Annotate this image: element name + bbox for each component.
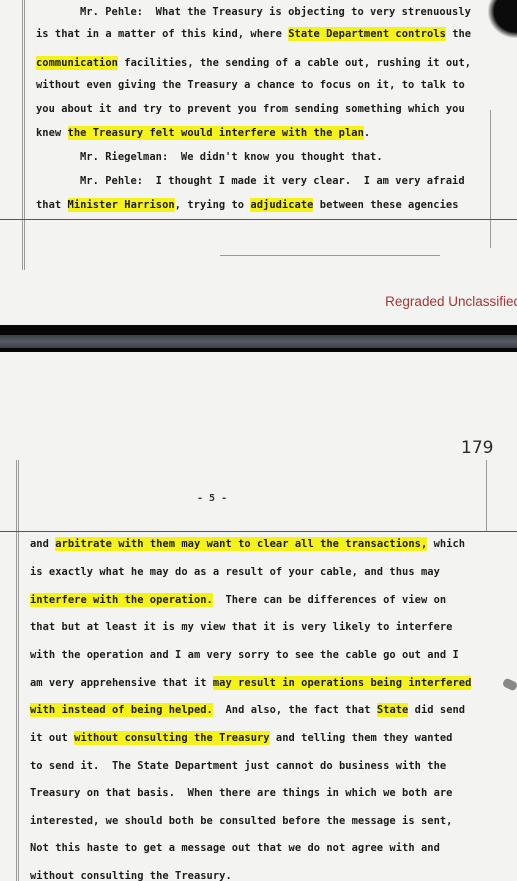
highlighted-text: adjudicate — [250, 198, 313, 212]
text-line: you about it and try to prevent you from… — [36, 102, 465, 116]
staple-mark — [502, 677, 517, 691]
text-line: that but at least it is my view that it … — [30, 620, 452, 634]
text-segment: There can be differences of view on — [213, 594, 446, 606]
text-line: knew the Treasury felt would interfere w… — [36, 126, 370, 140]
text-segment: , trying to — [175, 199, 251, 211]
text-segment: is that in a matter of this kind, where — [36, 28, 288, 40]
text-line: with the operation and I am very sorry t… — [30, 648, 459, 662]
text-segment: with the operation and I am very sorry t… — [30, 649, 459, 661]
page-top-rule — [0, 531, 517, 532]
faint-line — [220, 255, 440, 256]
text-line: communication facilities, the sending of… — [36, 56, 471, 70]
right-margin-rule — [490, 110, 491, 248]
text-segment: And also, the fact that — [213, 704, 377, 716]
text-segment: Not this haste to get a message out that… — [30, 842, 440, 854]
text-line: that Minister Harrison, trying to adjudi… — [36, 198, 459, 212]
paper-clip-shadow — [488, 0, 517, 38]
text-segment: the — [446, 28, 471, 40]
text-segment: facilities, the sending of a cable out, … — [118, 57, 471, 69]
text-segment: knew — [36, 127, 68, 139]
text-segment: Treasury on that basis. When there are t… — [30, 787, 452, 799]
highlighted-text: State Department controls — [288, 27, 446, 41]
text-line: is that in a matter of this kind, where … — [36, 27, 471, 41]
text-line: interfere with the operation. There can … — [30, 593, 446, 607]
text-line: interested, we should both be consulted … — [30, 814, 452, 828]
text-line: Mr. Riegelman: We didn't know you though… — [80, 150, 383, 164]
page-label: - 5 - — [197, 493, 227, 504]
highlighted-text: State — [377, 703, 409, 717]
top-document-page: Mr. Pehle: What the Treasury is objectin… — [0, 0, 517, 325]
text-line: am very apprehensive that it may result … — [30, 676, 471, 690]
highlighted-text: without consulting the Treasury — [74, 731, 269, 745]
bottom-document-page: and arbitrate with them may want to clea… — [0, 352, 517, 881]
text-segment: that but at least it is my view that it … — [30, 621, 452, 633]
text-segment: that — [36, 199, 68, 211]
text-line: with instead of being helped. And also, … — [30, 703, 465, 717]
text-line: Mr. Pehle: I thought I made it very clea… — [80, 174, 465, 188]
highlighted-text: with instead of being helped. — [30, 703, 213, 717]
highlighted-text: Minister Harrison — [68, 198, 175, 212]
text-line: Not this haste to get a message out that… — [30, 841, 440, 855]
text-segment: it out — [30, 732, 74, 744]
highlighted-text: may result in operations being interfere… — [213, 676, 472, 690]
text-line: without consulting the Treasury. — [30, 869, 232, 881]
text-segment: did send — [408, 704, 465, 716]
text-line: to send it. The State Department just ca… — [30, 759, 446, 773]
text-line: Mr. Pehle: What the Treasury is objectin… — [80, 5, 471, 19]
text-line: is exactly what he may do as a result of… — [30, 565, 440, 579]
text-segment: is exactly what he may do as a result of… — [30, 566, 440, 578]
text-segment: which — [427, 538, 465, 550]
text-segment: without consulting the Treasury. — [30, 870, 232, 881]
text-segment: without even giving the Treasury a chanc… — [36, 79, 465, 91]
text-segment: Mr. Pehle: What the Treasury is objectin… — [80, 6, 471, 18]
highlighted-text: arbitrate with them may want to clear al… — [55, 537, 427, 551]
right-margin-rule — [486, 460, 487, 532]
left-margin-rule-inner — [24, 0, 25, 270]
text-segment: interested, we should both be consulted … — [30, 815, 452, 827]
regraded-unclassified-stamp: Regraded Unclassified — [385, 294, 517, 309]
text-line: without even giving the Treasury a chanc… — [36, 78, 465, 92]
text-segment: am very apprehensive that it — [30, 677, 213, 689]
text-segment: between these agencies — [313, 199, 458, 211]
text-segment: you about it and try to prevent you from… — [36, 103, 465, 115]
text-segment: Mr. Riegelman: We didn't know you though… — [80, 151, 383, 163]
text-segment: to send it. The State Department just ca… — [30, 760, 446, 772]
text-line: it out without consulting the Treasury a… — [30, 731, 453, 745]
text-segment: . — [364, 127, 370, 139]
page-number: 179 — [461, 438, 493, 458]
highlighted-text: interfere with the operation. — [30, 593, 213, 607]
left-margin-rule-inner — [18, 460, 19, 881]
page-divider-band — [0, 335, 517, 348]
highlighted-text: the Treasury felt would interfere with t… — [68, 126, 364, 140]
highlighted-text: communication — [36, 56, 118, 70]
page-divider — [0, 325, 517, 352]
page-bottom-rule — [0, 219, 517, 220]
text-line: Treasury on that basis. When there are t… — [30, 786, 452, 800]
text-segment: Mr. Pehle: I thought I made it very clea… — [80, 175, 465, 187]
left-margin-rule — [16, 460, 17, 881]
left-margin-rule — [22, 0, 23, 270]
text-segment: and — [30, 538, 55, 550]
text-segment: and telling them they wanted — [270, 732, 453, 744]
text-line: and arbitrate with them may want to clea… — [30, 537, 465, 551]
